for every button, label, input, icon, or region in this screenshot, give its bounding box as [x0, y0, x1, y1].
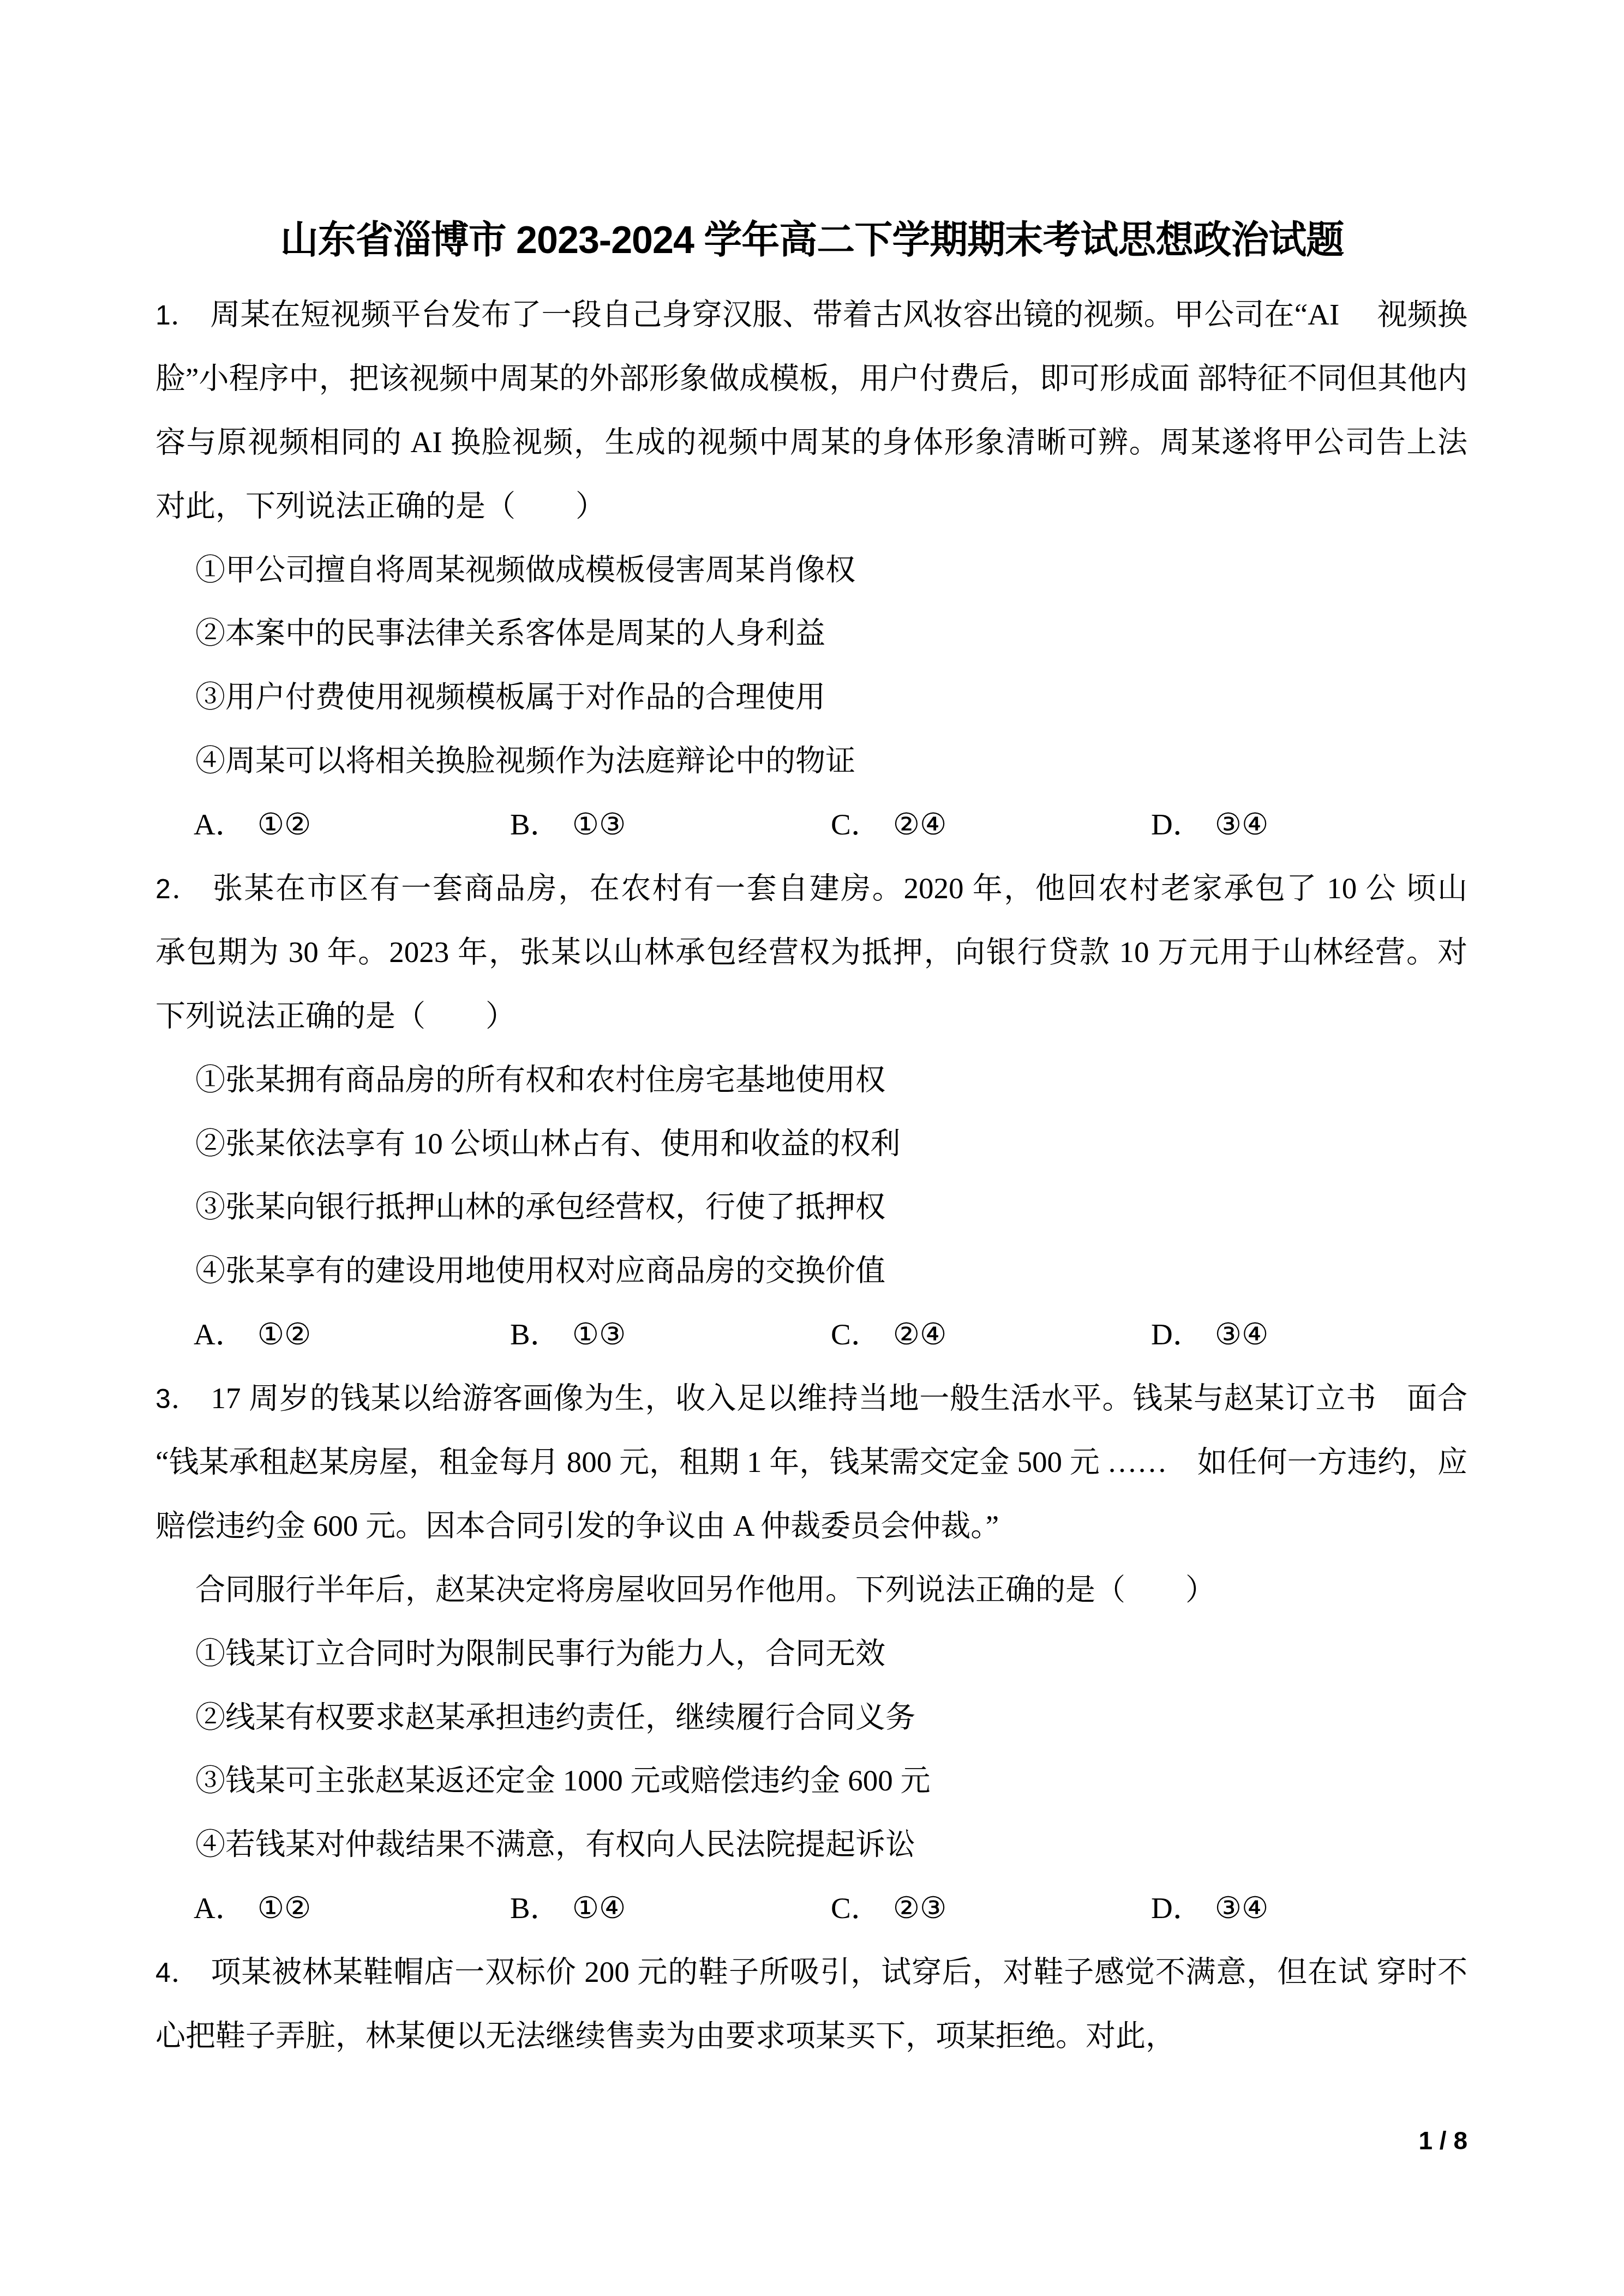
answer-choice-a[interactable]: A．①②	[194, 1303, 311, 1367]
question-1-option-1: ①甲公司擅自将周某视频做成模板侵害周某肖像权	[155, 538, 1467, 602]
question-4-stem-line-1: 4．项某被林某鞋帽店一双标价 200 元的鞋子所吸引，试穿后，对鞋子感觉不满意，…	[155, 1940, 1467, 2004]
question-3-answer-choices: A．①② B．①④ C．②③ D．③④	[155, 1877, 1467, 1940]
question-3-option-1: ①钱某订立合同时为限制民事行为能力人，合同无效	[155, 1622, 1467, 1686]
answer-choice-b[interactable]: B．①③	[510, 1303, 626, 1367]
answer-choice-c[interactable]: C．②③	[831, 1877, 946, 1940]
question-3-option-4: ④若钱某对仲裁结果不满意，有权向人民法院提起诉讼	[155, 1813, 1467, 1877]
question-number: 2．	[155, 874, 201, 904]
answer-choice-d[interactable]: D．③④	[1151, 1303, 1268, 1367]
question-3-stem-line-2: “钱某承租赵某房屋，租金每月 800 元，租期 1 年，钱某需交定金 500 元…	[155, 1431, 1467, 1494]
question-4-stem-line-2: 心把鞋子弄脏，林某便以无法继续售卖为由要求项某买下，项某拒绝。对此，	[155, 2004, 1467, 2068]
question-number: 4．	[155, 1957, 199, 1988]
question-2-stem-line-2: 承包期为 30 年。2023 年，张某以山林承包经营权为抵押，向银行贷款 10 …	[155, 921, 1467, 984]
answer-choice-b[interactable]: B．①④	[510, 1877, 626, 1940]
question-2-option-1: ①张某拥有商品房的所有权和农村住房宅基地使用权	[155, 1048, 1467, 1112]
answer-choice-d[interactable]: D．③④	[1151, 793, 1268, 857]
question-1-answer-choices: A．①② B．①③ C．②④ D．③④	[155, 793, 1467, 857]
question-2-stem-line-1: 2．张某在市区有一套商品房，在农村有一套自建房。2020 年，他回农村老家承包了…	[155, 857, 1467, 921]
page-title: 山东省淄博市 2023-2024 学年高二下学期期末考试思想政治试题	[0, 215, 1624, 265]
answer-choice-a[interactable]: A．①②	[194, 793, 311, 857]
answer-choice-c[interactable]: C．②④	[831, 1303, 946, 1367]
question-1-option-4: ④周某可以将相关换脸视频作为法庭辩论中的物证	[155, 729, 1467, 793]
question-3-stem-line-1: 3．17 周岁的钱某以给游客画像为生，收入足以维持当地一般生活水平。钱某与赵某订…	[155, 1367, 1467, 1431]
question-2-option-4: ④张某享有的建设用地使用权对应商品房的交换价值	[155, 1239, 1467, 1303]
answer-choice-b[interactable]: B．①③	[510, 793, 626, 857]
question-list: 1．周某在短视频平台发布了一段自己身穿汉服、带着古风妆容出镜的视频。甲公司在“A…	[155, 283, 1467, 2068]
question-1-stem-line-4: 对此，下列说法正确的是（ ）	[155, 474, 1467, 538]
question-3-option-3: ③钱某可主张赵某返还定金 1000 元或赔偿违约金 600 元	[155, 1749, 1467, 1813]
question-1-stem-line-3: 容与原视频相同的 AI 换脸视频，生成的视频中周某的身体形象清晰可辨。周某遂将甲…	[155, 411, 1467, 474]
question-3-stem-line-3: 赔偿违约金 600 元。因本合同引发的争议由 A 仲裁委员会仲裁。”	[155, 1494, 1467, 1558]
question-1-stem-line-1: 1．周某在短视频平台发布了一段自己身穿汉服、带着古风妆容出镜的视频。甲公司在“A…	[155, 283, 1467, 347]
question-number: 3．	[155, 1384, 199, 1414]
question-3-option-2: ②线某有权要求赵某承担违约责任，继续履行合同义务	[155, 1686, 1467, 1750]
question-number: 1．	[155, 300, 198, 330]
question-2-option-2: ②张某依法享有 10 公顷山林占有、使用和收益的权利	[155, 1112, 1467, 1176]
document-page: 山东省淄博市 2023-2024 学年高二下学期期末考试思想政治试题 1．周某在…	[0, 0, 1624, 2296]
answer-choice-d[interactable]: D．③④	[1151, 1877, 1268, 1940]
question-3-stem-continuation: 合同服行半年后，赵某决定将房屋收回另作他用。下列说法正确的是（ ）	[155, 1558, 1467, 1622]
question-2-answer-choices: A．①② B．①③ C．②④ D．③④	[155, 1303, 1467, 1367]
question-2-option-3: ③张某向银行抵押山林的承包经营权，行使了抵押权	[155, 1175, 1467, 1239]
answer-choice-a[interactable]: A．①②	[194, 1877, 311, 1940]
answer-choice-c[interactable]: C．②④	[831, 793, 946, 857]
page-number: 1 / 8	[1418, 2124, 1467, 2157]
question-1-option-2: ②本案中的民事法律关系客体是周某的人身利益	[155, 602, 1467, 665]
question-1-option-3: ③用户付费使用视频模板属于对作品的合理使用	[155, 665, 1467, 729]
question-1-stem-line-2: 脸”小程序中，把该视频中周某的外部形象做成模板，用户付费后，即可形成面 部特征不…	[155, 347, 1467, 411]
question-2-stem-line-3: 下列说法正确的是（ ）	[155, 984, 1467, 1048]
